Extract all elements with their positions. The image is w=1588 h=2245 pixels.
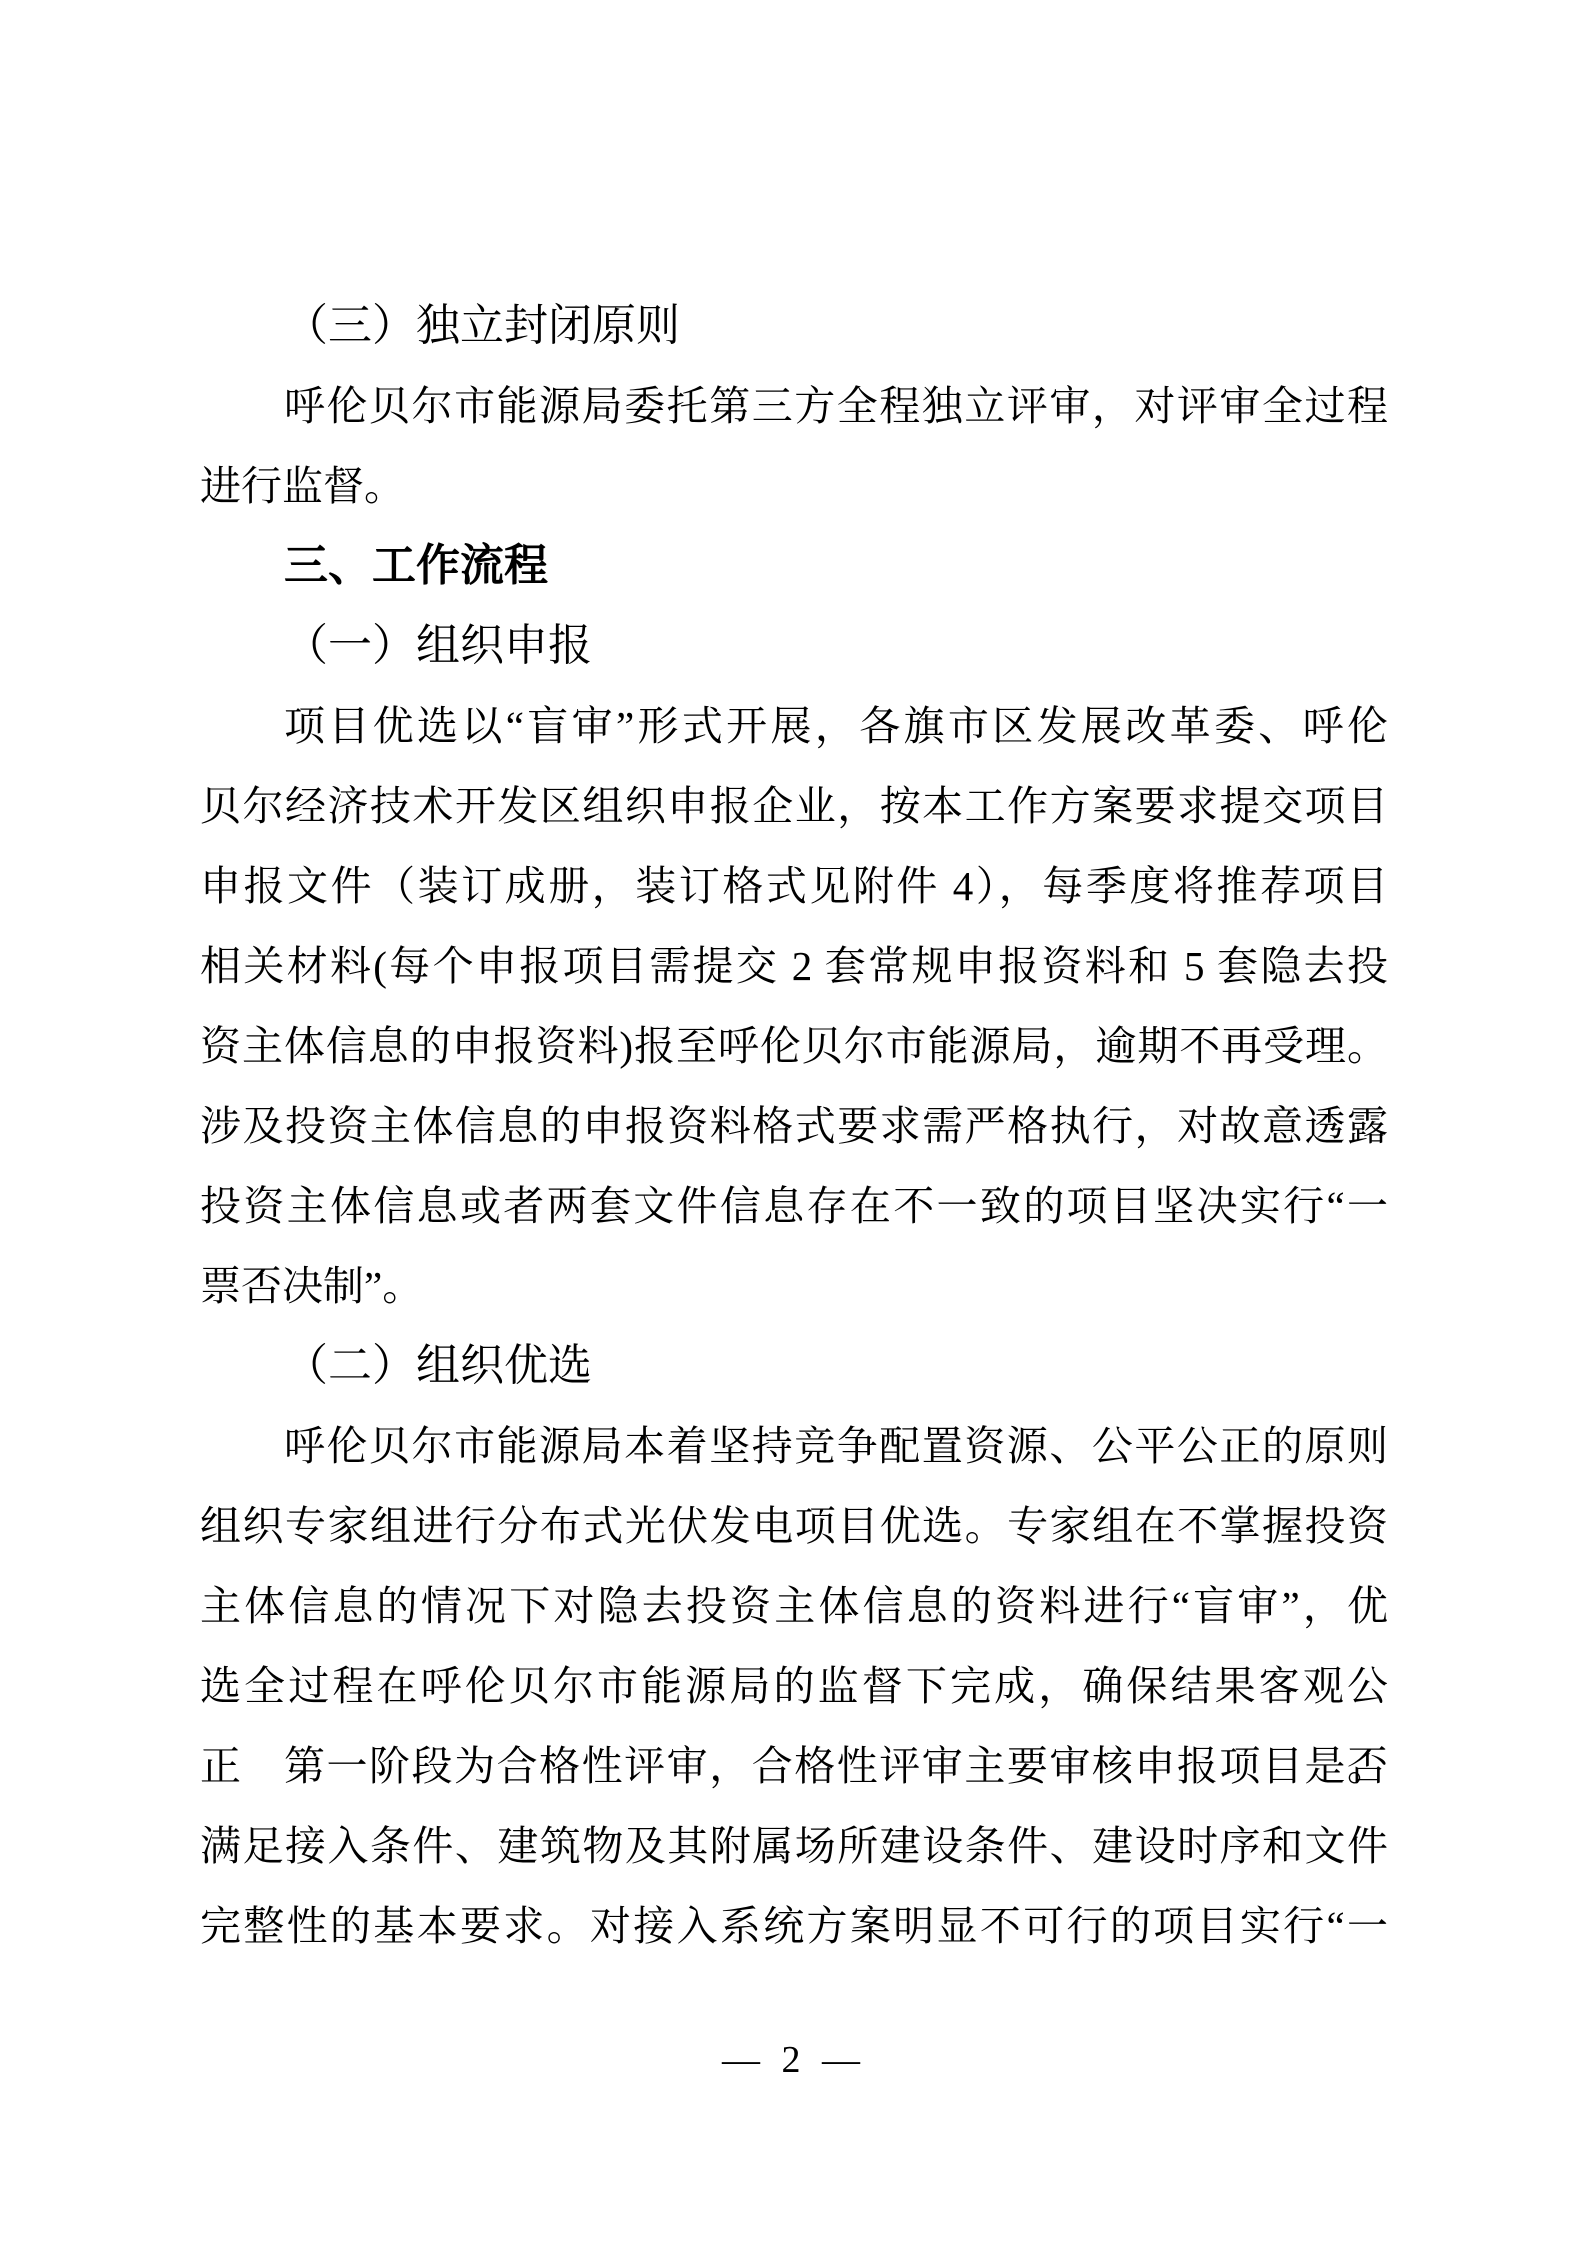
para-application-line-8: 票否决制”。 [200,1246,1388,1326]
para-application-line-2: 贝尔经济技术开发区组织申报企业，按本工作方案要求提交项目 [200,766,1388,846]
para-selection-line-4: 选全过程在呼伦贝尔市能源局的监督下完成，确保结果客观公正。 [200,1646,1388,1726]
para-stage1-line-3: 完整性的基本要求。对接入系统方案明显不可行的项目实行“一 [200,1886,1388,1966]
para-stage1-line-1: 第一阶段为合格性评审，合格性评审主要审核申报项目是否 [200,1726,1388,1806]
para-stage1-line-2: 满足接入条件、建筑物及其附属场所建设条件、建设时序和文件 [200,1806,1388,1886]
para-selection-line-1: 呼伦贝尔市能源局本着坚持竞争配置资源、公平公正的原则 [200,1406,1388,1486]
subheading-organize-application: （一）组织申报 [200,606,1388,686]
para-selection-line-3: 主体信息的情况下对隐去投资主体信息的资料进行“盲审”，优 [200,1566,1388,1646]
para-application-line-6: 涉及投资主体信息的申报资料格式要求需严格执行，对故意透露 [200,1086,1388,1166]
subheading-independence-principle: （三）独立封闭原则 [200,286,1388,366]
page-number: — 2 — [0,2030,1588,2090]
para-application-line-4: 相关材料(每个申报项目需提交 2 套常规申报资料和 5 套隐去投 [200,926,1388,1006]
para-supervision-line-1: 呼伦贝尔市能源局委托第三方全程独立评审，对评审全过程 [200,366,1388,446]
para-supervision-line-2: 进行监督。 [200,446,1388,526]
para-application-line-1: 项目优选以“盲审”形式开展，各旗市区发展改革委、呼伦 [200,686,1388,766]
subheading-organize-selection: （二）组织优选 [200,1326,1388,1406]
para-application-line-7: 投资主体信息或者两套文件信息存在不一致的项目坚决实行“一 [200,1166,1388,1246]
para-application-line-5: 资主体信息的申报资料)报至呼伦贝尔市能源局，逾期不再受理。 [200,1006,1388,1086]
para-selection-line-2: 组织专家组进行分布式光伏发电项目优选。专家组在不掌握投资 [200,1486,1388,1566]
para-application-line-3: 申报文件（装订成册，装订格式见附件 4），每季度将推荐项目 [200,846,1388,926]
heading-work-process: 三、工作流程 [200,526,1388,606]
document-body: （三）独立封闭原则 呼伦贝尔市能源局委托第三方全程独立评审，对评审全过程 进行监… [200,286,1388,1966]
document-page: （三）独立封闭原则 呼伦贝尔市能源局委托第三方全程独立评审，对评审全过程 进行监… [0,0,1588,2245]
